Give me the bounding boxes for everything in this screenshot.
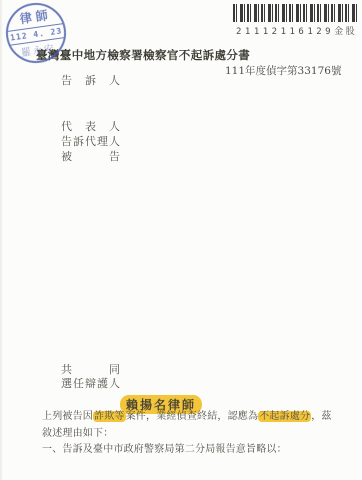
lawyer-stamp: 律師 112 4. 23 羅永安	[2, 0, 70, 67]
barcode-number: 21112116129金股	[236, 24, 357, 37]
party-label-defense-counsel: 選任辯護人	[61, 378, 121, 390]
case-number: 111年度偵字第33176號	[225, 63, 341, 78]
body-line-2: 敘述理由如下：	[42, 427, 113, 440]
barcode-section: 金股	[334, 27, 357, 37]
barcode	[233, 4, 359, 22]
party-label-representative: 代 表 人	[61, 121, 121, 133]
scan-edge-shadow	[0, 0, 3, 480]
party-label-joint: 共 同	[61, 364, 121, 376]
party-label-defendant: 被 告	[61, 151, 121, 163]
document-page: 律師 112 4. 23 羅永安 21112116129金股 臺灣臺中地方檢察署…	[0, 0, 362, 480]
party-label-complainant-agent: 告訴代理人	[61, 136, 121, 148]
party-label-complainant: 告 訴 人	[61, 75, 121, 87]
body-line-3: 一、告訴及臺中市政府警察局第二分局報告意旨略以：	[42, 443, 287, 456]
body-line-1: 上列被告因詐欺等案件，業經偵查終結，認應為不起訴處分，茲	[42, 410, 332, 423]
barcode-digits: 21112116129	[236, 27, 334, 37]
document-title: 臺灣臺中地方檢察署檢察官不起訴處分書	[36, 47, 250, 63]
